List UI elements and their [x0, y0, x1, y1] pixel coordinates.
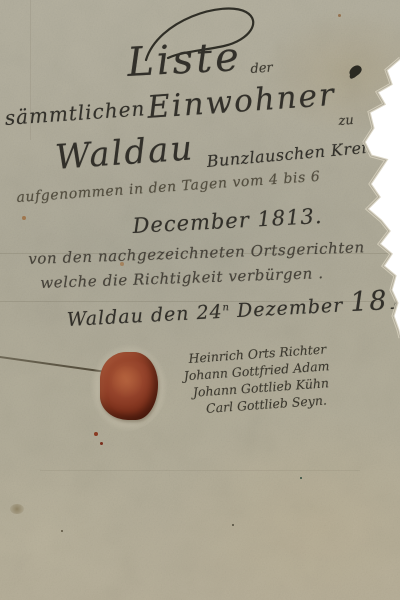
word-zu: zu	[338, 113, 354, 129]
stain	[94, 432, 98, 436]
stain	[22, 216, 26, 220]
title-word-der: der	[250, 60, 273, 77]
stain	[120, 262, 124, 266]
stain	[10, 504, 24, 514]
stain	[232, 524, 234, 526]
title-word-liste: Liste	[126, 34, 243, 86]
stain	[61, 530, 63, 532]
stain	[300, 477, 302, 479]
signature-block: Heinrich Orts Richter Johann Gottfried A…	[188, 340, 332, 418]
dateline-month: Dezember	[230, 294, 351, 322]
stain	[100, 442, 103, 445]
stain	[338, 14, 341, 17]
scanned-document-page: Liste der sämmtlichen Einwohner zu Walda…	[0, 0, 400, 600]
dateline-year: 1813.	[349, 283, 400, 319]
dateline-place: Waldau den	[66, 302, 197, 331]
wax-seal-icon	[100, 352, 158, 420]
crease-line	[40, 470, 360, 471]
dateline-day: 24	[196, 301, 223, 324]
